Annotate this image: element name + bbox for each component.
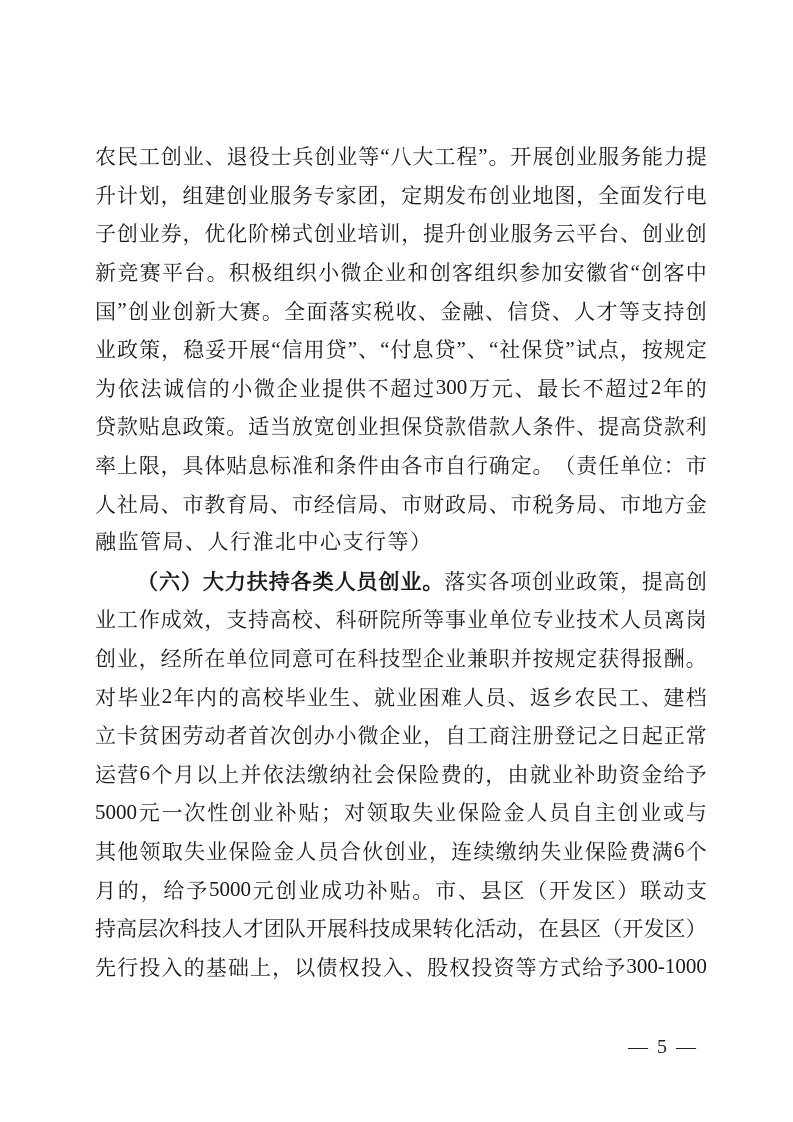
text-line: 持高层次科技人才团队开展科技成果转化活动，在县区（开发区） xyxy=(95,909,707,948)
text-line: 子创业券，优化阶梯式创业培训，提升创业服务云平台、创业创 xyxy=(95,214,707,253)
text-line: 新竞赛平台。积极组织小微企业和创客组织参加安徽省“创客中 xyxy=(95,253,707,292)
page-number: — 5 — xyxy=(628,1036,698,1059)
text-line: 业工作成效，支持高校、科研院所等事业单位专业技术人员离岗 xyxy=(95,600,707,639)
text-line: 业政策，稳妥开展“信用贷”、“付息贷”、“社保贷”试点，按规定 xyxy=(95,330,707,369)
text-line: 对毕业2年内的高校毕业生、就业困难人员、返乡农民工、建档 xyxy=(95,677,707,716)
text-line: 率上限，具体贴息标准和条件由各市自行确定。（责任单位：市 xyxy=(95,446,707,485)
document-page: 农民工创业、退役士兵创业等“八大工程”。开展创业服务能力提 升计划，组建创业服务… xyxy=(0,0,793,1122)
text-line: 先行投入的基础上，以债权投入、股权投资等方式给予300-1000 xyxy=(95,947,707,986)
text-line: 贷款贴息政策。适当放宽创业担保贷款借款人条件、提高贷款利 xyxy=(95,407,707,446)
text-line: 融监管局、人行淮北中心支行等） xyxy=(95,523,707,562)
text-line: 运营6个月以上并依法缴纳社会保险费的，由就业补助资金给予 xyxy=(95,755,707,794)
text-line: 其他领取失业保险金人员合伙创业，连续缴纳失业保险费满6个 xyxy=(95,832,707,871)
document-body-text: 农民工创业、退役士兵创业等“八大工程”。开展创业服务能力提 升计划，组建创业服务… xyxy=(95,137,707,986)
text-line: 立卡贫困劳动者首次创办小微企业，自工商注册登记之日起正常 xyxy=(95,716,707,755)
text-line: 月的，给予5000元创业成功补贴。市、县区（开发区）联动支 xyxy=(95,870,707,909)
section-heading-line: （六）大力扶持各类人员创业。落实各项创业政策，提高创 xyxy=(95,562,707,601)
text-line: 为依法诚信的小微企业提供不超过300万元、最长不超过2年的 xyxy=(95,369,707,408)
text-line: 农民工创业、退役士兵创业等“八大工程”。开展创业服务能力提 xyxy=(95,137,707,176)
text-line: 创业，经所在单位同意可在科技型企业兼职并按规定获得报酬。 xyxy=(95,639,707,678)
text-line: 国”创业创新大赛。全面落实税收、金融、信贷、人才等支持创 xyxy=(95,291,707,330)
text-line: 人社局、市教育局、市经信局、市财政局、市税务局、市地方金 xyxy=(95,484,707,523)
text-line: 5000元一次性创业补贴；对领取失业保险金人员自主创业或与 xyxy=(95,793,707,832)
text-line: 升计划，组建创业服务专家团，定期发布创业地图，全面发行电 xyxy=(95,176,707,215)
